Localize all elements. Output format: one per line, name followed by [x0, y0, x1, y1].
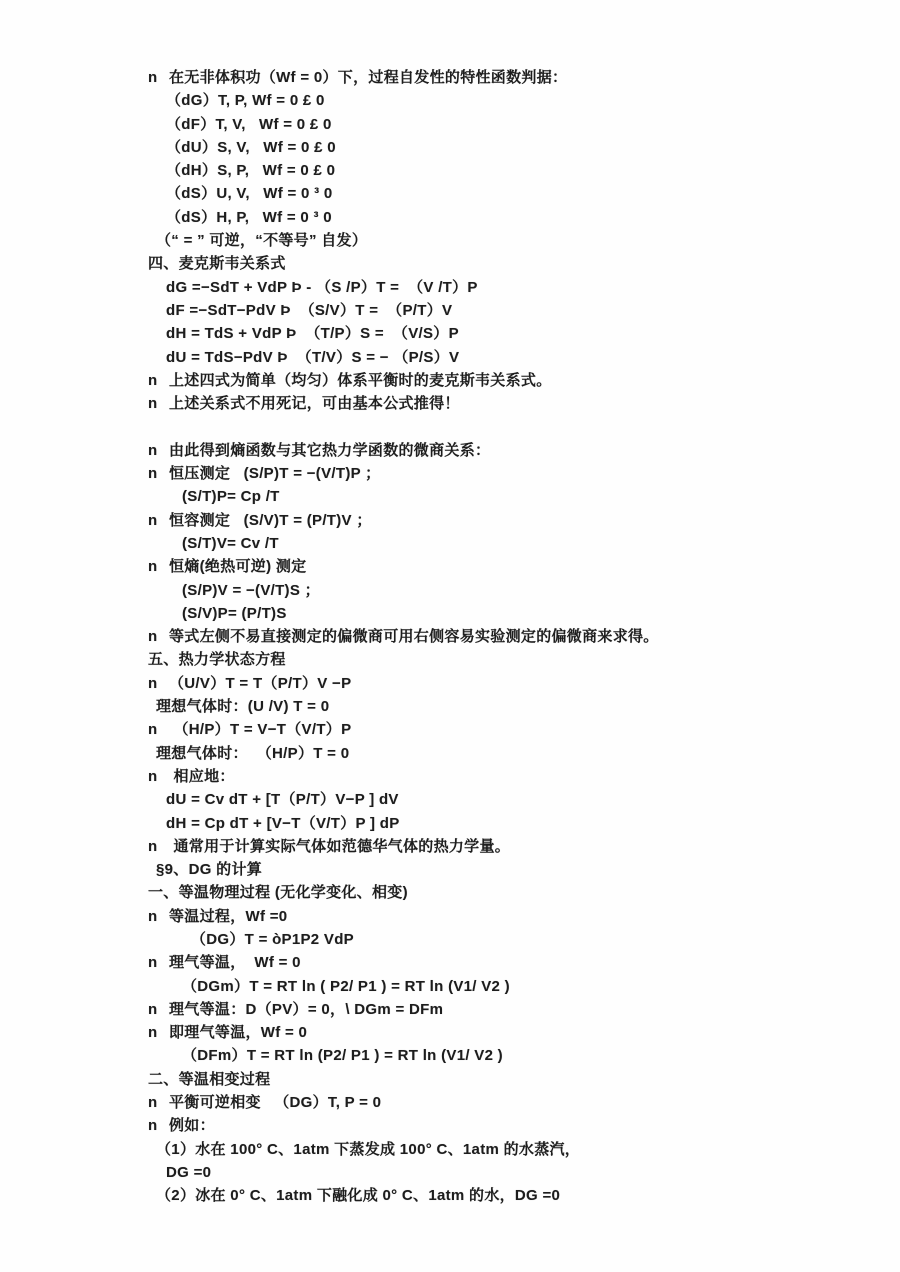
line-text: （dG）T, P, Wf = 0 £ 0 — [166, 89, 325, 112]
text-line: n上述关系式不用死记，可由基本公式推得！ — [148, 392, 848, 415]
line-text: §9、DG 的计算 — [156, 858, 262, 881]
text-line: （dS）U, V, Wf = 0 ³ 0 — [148, 182, 848, 205]
bullet-marker: n — [148, 835, 169, 858]
text-line: n等式左侧不易直接测定的偏微商可用右侧容易实验测定的偏微商来求得。 — [148, 625, 848, 648]
line-text: 通常用于计算实际气体如范德华气体的热力学量。 — [169, 835, 510, 858]
text-line: dH = TdS + VdP Þ （T/P）S = （V/S）P — [148, 322, 848, 345]
text-line: （DFm）T = RT ln (P2/ P1 ) = RT ln (V1/ V2… — [148, 1044, 848, 1067]
text-line: （DGm）T = RT ln ( P2/ P1 ) = RT ln (V1/ V… — [148, 975, 848, 998]
text-line: (S/T)P= Cp /T — [148, 485, 848, 508]
text-line: （2）冰在 0° C、1atm 下融化成 0° C、1atm 的水，DG =0 — [148, 1184, 848, 1207]
line-text: （dS）U, V, Wf = 0 ³ 0 — [166, 182, 333, 205]
text-line: 二、等温相变过程 — [148, 1068, 848, 1091]
line-text: 恒压测定 (S/P)T = −(V/T)P ； — [169, 462, 380, 485]
line-text: 恒熵(绝热可逆) 测定 — [169, 555, 306, 578]
line-text: 上述四式为简单（均匀）体系平衡时的麦克斯韦关系式。 — [169, 369, 552, 392]
blank-line — [148, 415, 848, 438]
line-text: (S/T)P= Cp /T — [182, 485, 280, 508]
text-line: §9、DG 的计算 — [148, 858, 848, 881]
document-page: n在无非体积功（Wf = 0）下，过程自发性的特性函数判据：（dG）T, P, … — [0, 0, 900, 1272]
line-text: dU = Cv dT + [T（P/T）V−P ] dV — [166, 788, 399, 811]
text-line: n等温过程，Wf =0 — [148, 905, 848, 928]
line-text: 理气等温：D（PV）= 0，\ DGm = DFm — [169, 998, 443, 1021]
line-text: dH = TdS + VdP Þ （T/P）S = （V/S）P — [166, 322, 459, 345]
line-text: 由此得到熵函数与其它热力学函数的微商关系： — [169, 439, 490, 462]
text-line: （dH）S, P, Wf = 0 £ 0 — [148, 159, 848, 182]
text-line: n恒容测定 (S/V)T = (P/T)V ； — [148, 509, 848, 532]
text-line: n 相应地： — [148, 765, 848, 788]
bullet-marker: n — [148, 439, 169, 462]
text-line: 五、热力学状态方程 — [148, 648, 848, 671]
line-text: 理想气体时： （H/P）T = 0 — [156, 742, 349, 765]
bullet-marker: n — [148, 1091, 169, 1114]
line-text: dG =−SdT + VdP Þ - （S /P）T = （V /T）P — [166, 276, 478, 299]
text-line: n（U/V）T = T（P/T）V −P — [148, 672, 848, 695]
line-text: 在无非体积功（Wf = 0）下，过程自发性的特性函数判据： — [169, 66, 567, 89]
text-line: DG =0 — [148, 1161, 848, 1184]
text-line: 理想气体时：(U /V) T = 0 — [148, 695, 848, 718]
text-line: n恒压测定 (S/P)T = −(V/T)P ； — [148, 462, 848, 485]
line-text: (S/P)V = −(V/T)S ； — [182, 579, 320, 602]
line-text: 例如： — [169, 1114, 215, 1137]
line-text: 理气等温， Wf = 0 — [169, 951, 301, 974]
line-text: dU = TdS−PdV Þ （T/V）S = − （P/S）V — [166, 346, 459, 369]
line-text: 等温过程，Wf =0 — [169, 905, 287, 928]
line-text: dF =−SdT−PdV Þ （S/V）T = （P/T）V — [166, 299, 452, 322]
text-line: dH = Cp dT + [V−T（V/T）P ] dP — [148, 812, 848, 835]
bullet-marker: n — [148, 765, 169, 788]
text-line: n理气等温：D（PV）= 0，\ DGm = DFm — [148, 998, 848, 1021]
line-text: 恒容测定 (S/V)T = (P/T)V ； — [169, 509, 372, 532]
line-text: (S/T)V= Cv /T — [182, 532, 279, 555]
line-text: （U/V）T = T（P/T）V −P — [169, 672, 351, 695]
text-line: n即理气等温，Wf = 0 — [148, 1021, 848, 1044]
line-text: （H/P）T = V−T（V/T）P — [169, 718, 351, 741]
text-line: n理气等温， Wf = 0 — [148, 951, 848, 974]
line-text: （DGm）T = RT ln ( P2/ P1 ) = RT ln (V1/ V… — [182, 975, 510, 998]
bullet-marker: n — [148, 509, 169, 532]
bullet-marker: n — [148, 66, 169, 89]
line-text: 理想气体时：(U /V) T = 0 — [156, 695, 329, 718]
text-line: n平衡可逆相变 （DG）T, P = 0 — [148, 1091, 848, 1114]
text-line: dF =−SdT−PdV Þ （S/V）T = （P/T）V — [148, 299, 848, 322]
line-text: (S/V)P= (P/T)S — [182, 602, 287, 625]
text-line: 一、等温物理过程 (无化学变化、相变) — [148, 881, 848, 904]
line-text: 一、等温物理过程 (无化学变化、相变) — [148, 881, 408, 904]
text-line: dU = TdS−PdV Þ （T/V）S = − （P/S）V — [148, 346, 848, 369]
text-line: （“ = ” 可逆，“不等号” 自发） — [148, 229, 848, 252]
text-line: (S/P)V = −(V/T)S ； — [148, 579, 848, 602]
line-text: （dH）S, P, Wf = 0 £ 0 — [166, 159, 335, 182]
bullet-marker: n — [148, 951, 169, 974]
line-text: 上述关系式不用死记，可由基本公式推得！ — [169, 392, 460, 415]
bullet-marker: n — [148, 672, 169, 695]
bullet-marker: n — [148, 1021, 169, 1044]
line-text: （DFm）T = RT ln (P2/ P1 ) = RT ln (V1/ V2… — [182, 1044, 503, 1067]
text-line: n由此得到熵函数与其它热力学函数的微商关系： — [148, 439, 848, 462]
line-text: （“ = ” 可逆，“不等号” 自发） — [156, 229, 367, 252]
line-text: DG =0 — [166, 1161, 211, 1184]
line-text: （DG）T = òP1P2 VdP — [182, 928, 354, 951]
text-line: n例如： — [148, 1114, 848, 1137]
line-text: 二、等温相变过程 — [148, 1068, 270, 1091]
text-line: dG =−SdT + VdP Þ - （S /P）T = （V /T）P — [148, 276, 848, 299]
text-line: n恒熵(绝热可逆) 测定 — [148, 555, 848, 578]
bullet-marker: n — [148, 555, 169, 578]
bullet-marker: n — [148, 369, 169, 392]
text-line: (S/V)P= (P/T)S — [148, 602, 848, 625]
bullet-marker: n — [148, 625, 169, 648]
line-text: 相应地： — [169, 765, 235, 788]
line-text: （1）水在 100° C、1atm 下蒸发成 100° C、1atm 的水蒸汽， — [156, 1138, 580, 1161]
bullet-marker: n — [148, 718, 169, 741]
text-line: 四、麦克斯韦关系式 — [148, 252, 848, 275]
line-text: 等式左侧不易直接测定的偏微商可用右侧容易实验测定的偏微商来求得。 — [169, 625, 659, 648]
line-text: 四、麦克斯韦关系式 — [148, 252, 286, 275]
text-line: n在无非体积功（Wf = 0）下，过程自发性的特性函数判据： — [148, 66, 848, 89]
text-line: n （H/P）T = V−T（V/T）P — [148, 718, 848, 741]
bullet-marker: n — [148, 462, 169, 485]
text-line: （dS）H, P, Wf = 0 ³ 0 — [148, 206, 848, 229]
line-text: 平衡可逆相变 （DG）T, P = 0 — [169, 1091, 381, 1114]
line-text: 即理气等温，Wf = 0 — [169, 1021, 307, 1044]
line-text: （2）冰在 0° C、1atm 下融化成 0° C、1atm 的水，DG =0 — [156, 1184, 560, 1207]
bullet-marker: n — [148, 392, 169, 415]
line-text: （dF）T, V, Wf = 0 £ 0 — [166, 113, 332, 136]
line-text: （dS）H, P, Wf = 0 ³ 0 — [166, 206, 332, 229]
text-line: n 通常用于计算实际气体如范德华气体的热力学量。 — [148, 835, 848, 858]
bullet-marker: n — [148, 1114, 169, 1137]
text-line: (S/T)V= Cv /T — [148, 532, 848, 555]
text-line: 理想气体时： （H/P）T = 0 — [148, 742, 848, 765]
text-line: dU = Cv dT + [T（P/T）V−P ] dV — [148, 788, 848, 811]
text-line: （dF）T, V, Wf = 0 £ 0 — [148, 113, 848, 136]
bullet-marker: n — [148, 905, 169, 928]
text-line: （DG）T = òP1P2 VdP — [148, 928, 848, 951]
line-text: （dU）S, V, Wf = 0 £ 0 — [166, 136, 336, 159]
text-line: （dU）S, V, Wf = 0 £ 0 — [148, 136, 848, 159]
text-line: （dG）T, P, Wf = 0 £ 0 — [148, 89, 848, 112]
bullet-marker: n — [148, 998, 169, 1021]
text-line: （1）水在 100° C、1atm 下蒸发成 100° C、1atm 的水蒸汽， — [148, 1138, 848, 1161]
line-text: dH = Cp dT + [V−T（V/T）P ] dP — [166, 812, 400, 835]
line-text: 五、热力学状态方程 — [148, 648, 286, 671]
document-content: n在无非体积功（Wf = 0）下，过程自发性的特性函数判据：（dG）T, P, … — [148, 66, 848, 1208]
text-line: n上述四式为简单（均匀）体系平衡时的麦克斯韦关系式。 — [148, 369, 848, 392]
